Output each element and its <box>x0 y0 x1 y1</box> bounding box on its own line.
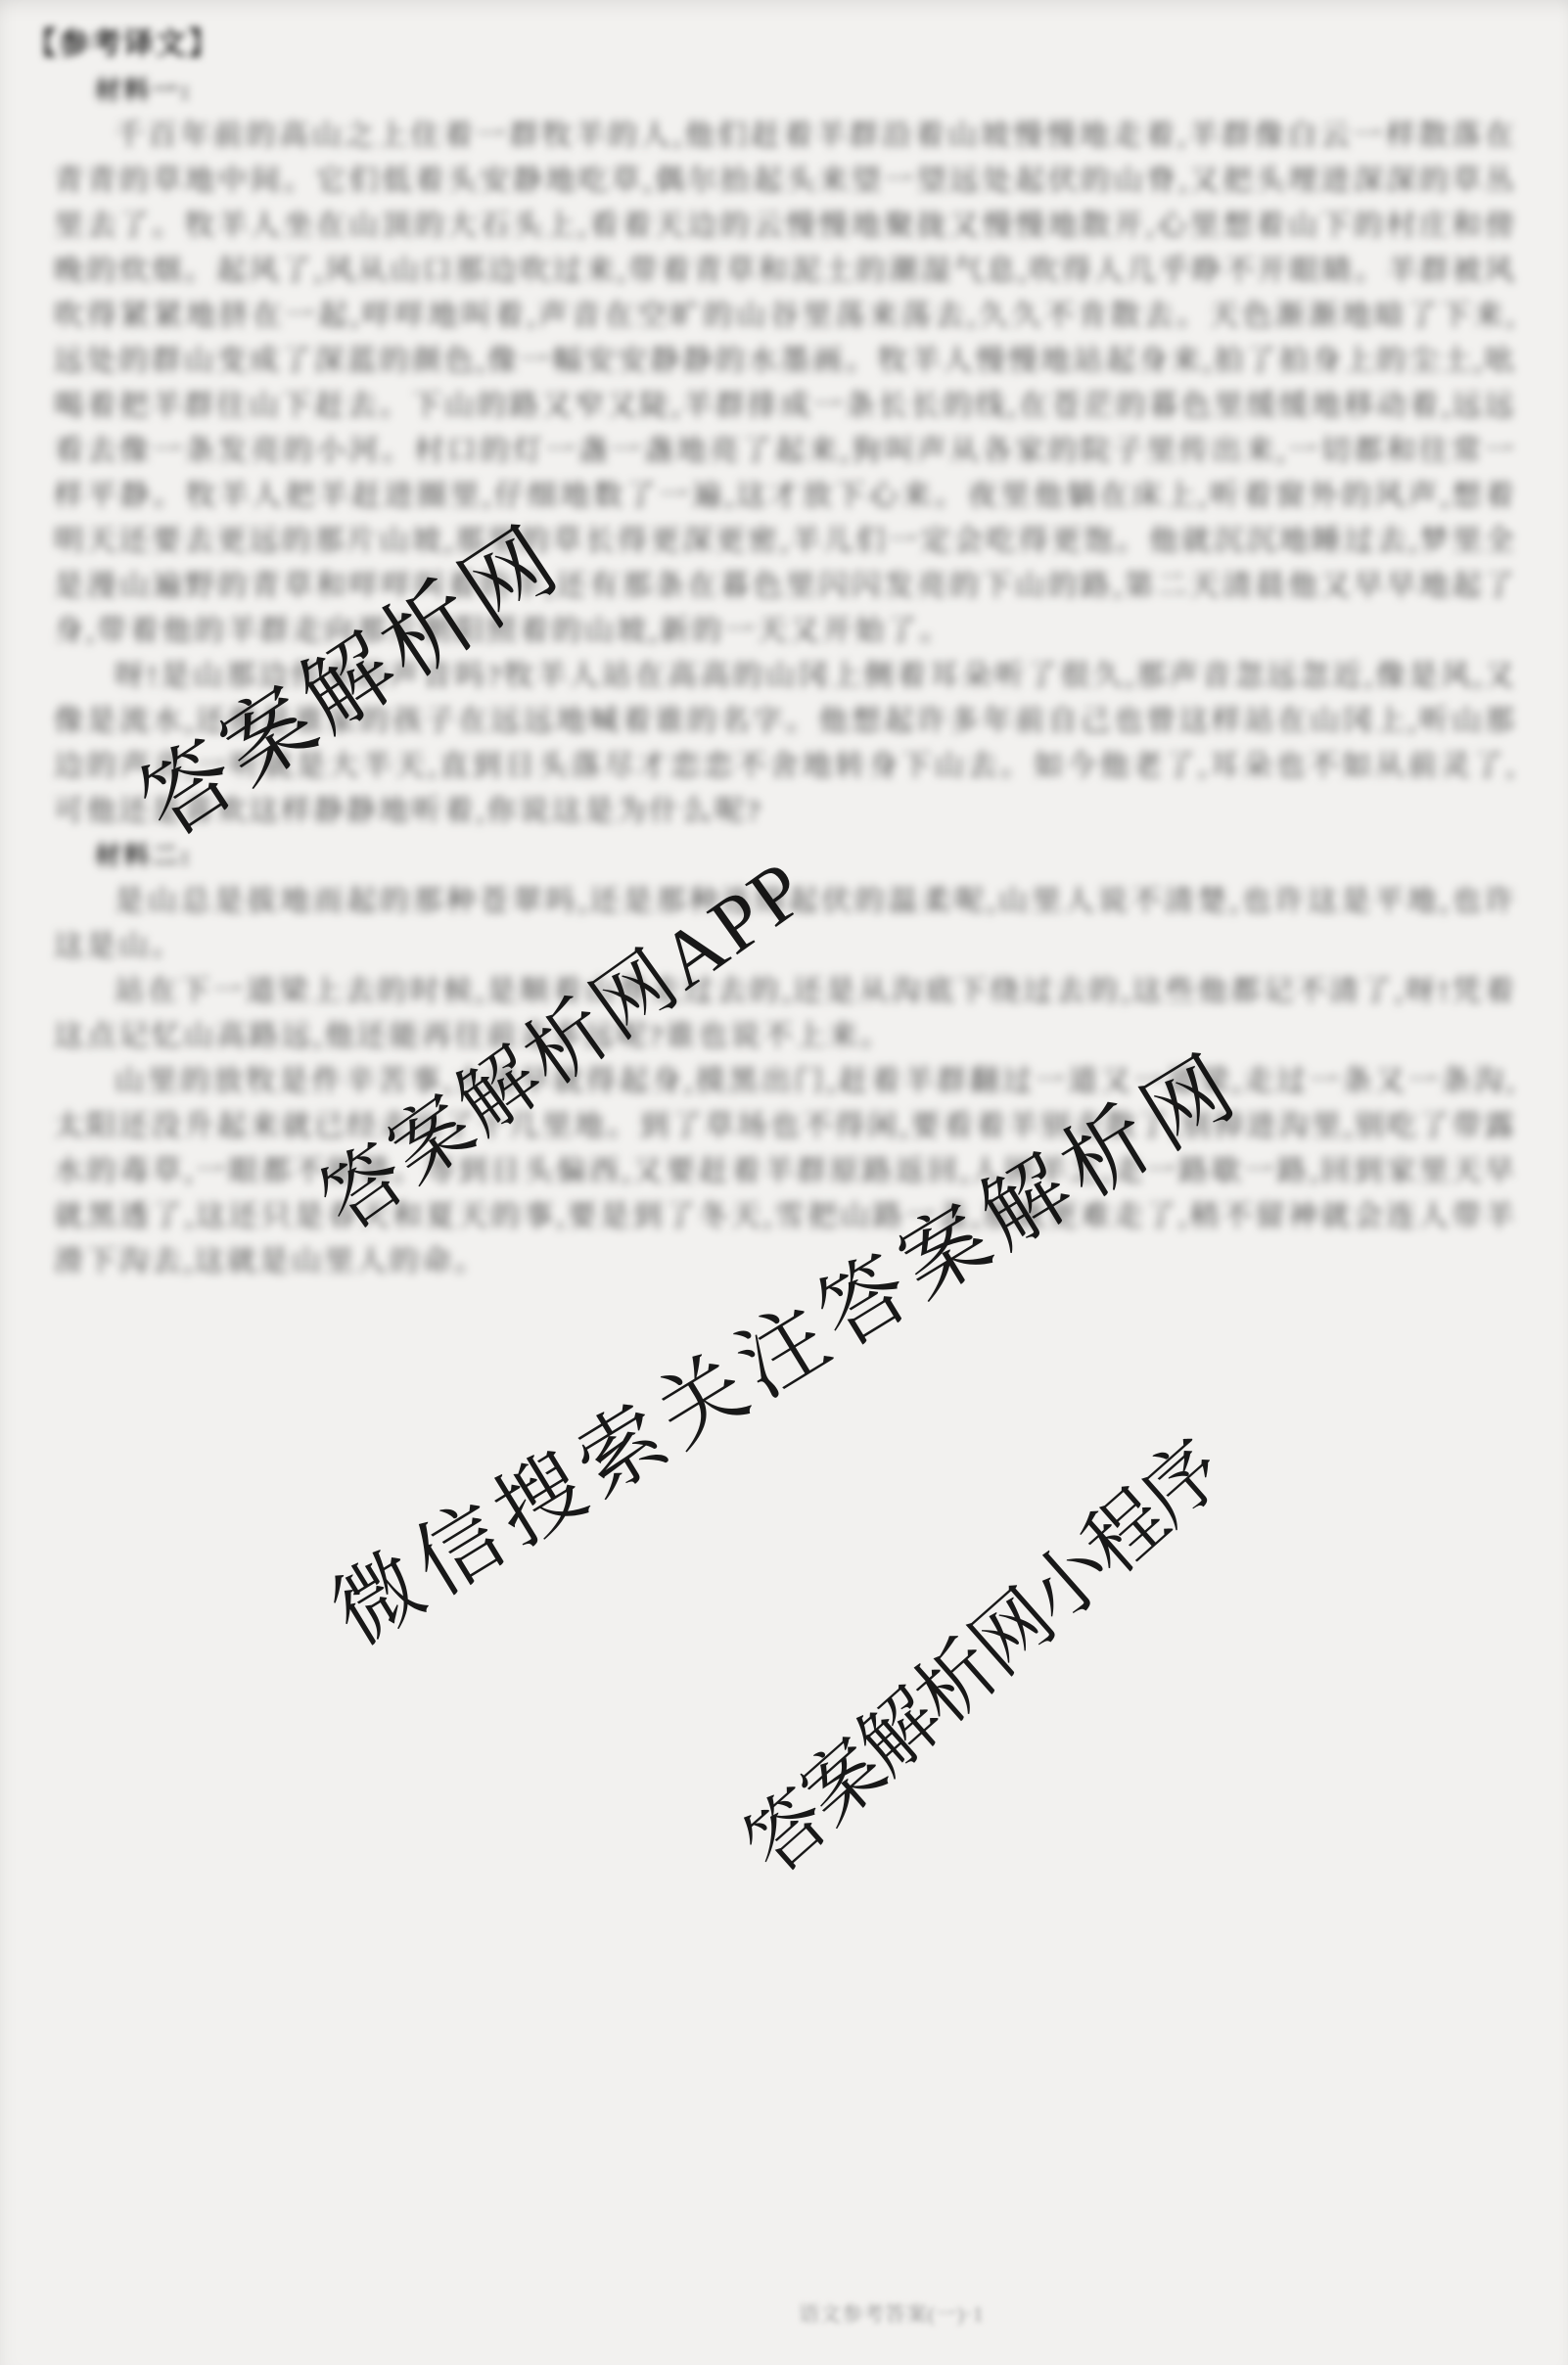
section-label-material-1: 材料一: <box>54 69 1517 114</box>
body-paragraph: 千百年前的高山之上住着一群牧羊的人,他们赶着羊群沿着山坡慢慢地走着,羊群像白云一… <box>54 114 1517 654</box>
page-title: 【参考译文】 <box>26 19 220 63</box>
body-paragraph: 山里的放牧是件辛苦事,大清早就得起身,摸黑出门,赶着羊群翻过一道又一道梁,走过一… <box>54 1059 1517 1284</box>
watermark-mini-program: 答案解析网小程序 <box>715 1411 1242 1894</box>
page-footer: 语文参考答案(一)·1 <box>799 2298 984 2328</box>
body-paragraph: 站在下一道梁上去的时候,是顺着山脊走过去的,还是从沟底下绕过去的,这些他都记不清… <box>54 969 1517 1059</box>
document-page: 【参考译文】 材料一: 千百年前的高山之上住着一群牧羊的人,他们赶着羊群沿着山坡… <box>0 0 1568 2365</box>
